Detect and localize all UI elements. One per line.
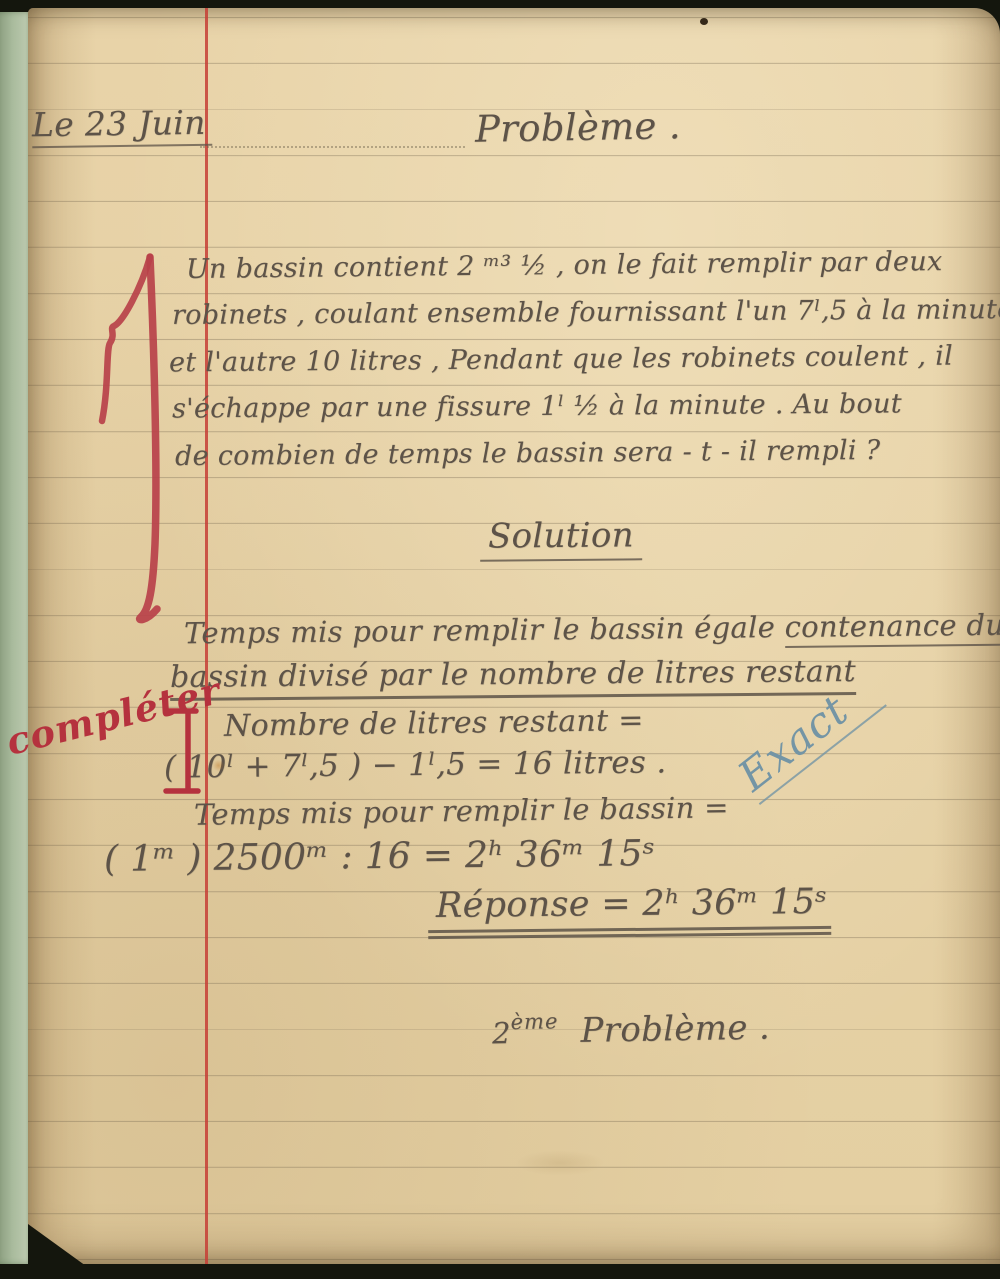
- dotted-guide-line: [200, 146, 465, 148]
- problem-text-line: robinets , coulant ensemble fournissant …: [172, 294, 1000, 331]
- answer-line: Réponse = 2ʰ 36ᵐ 15ˢ: [428, 882, 832, 939]
- solution-step: ( 1ᵐ ) 2500ᵐ : 16 = 2ʰ 36ᵐ 15ˢ: [104, 833, 656, 880]
- solution-rule-line-1: Temps mis pour remplir le bassin égale c…: [184, 608, 1000, 651]
- next-problem-heading: 2èmeProblème .: [492, 1006, 771, 1053]
- next-problem-number: 2: [492, 1016, 511, 1050]
- paper-speck: [700, 18, 708, 25]
- problem-heading: Problème .: [475, 104, 682, 151]
- paper-stain: [212, 760, 225, 771]
- problem-text-line: s'échappe par une fissure 1ˡ ½ à la minu…: [172, 388, 902, 424]
- grade-mark-one: [85, 244, 180, 639]
- date: Le 23 Juin: [32, 103, 212, 149]
- problem-text-line: de combien de temps le bassin sera - t -…: [175, 435, 881, 472]
- bracket-mark: [163, 703, 203, 798]
- solution-step: Nombre de litres restant =: [224, 703, 644, 744]
- next-problem-title: Problème .: [580, 1008, 770, 1051]
- paper-stain: [515, 1150, 605, 1176]
- solution-heading: Solution: [480, 515, 642, 561]
- solution-rule-text: Temps mis pour remplir le bassin égale: [184, 610, 785, 650]
- page-corner-fold: [28, 1224, 86, 1266]
- next-problem-number-suffix: ème: [510, 1009, 558, 1034]
- solution-step: ( 10ˡ + 7ˡ,5 ) − 1ˡ,5 = 16 litres .: [164, 744, 667, 785]
- solution-rule-underlined: contenance du: [784, 608, 1000, 648]
- solution-rule-line-2: bassin divisé par le nombre de litres re…: [170, 654, 856, 701]
